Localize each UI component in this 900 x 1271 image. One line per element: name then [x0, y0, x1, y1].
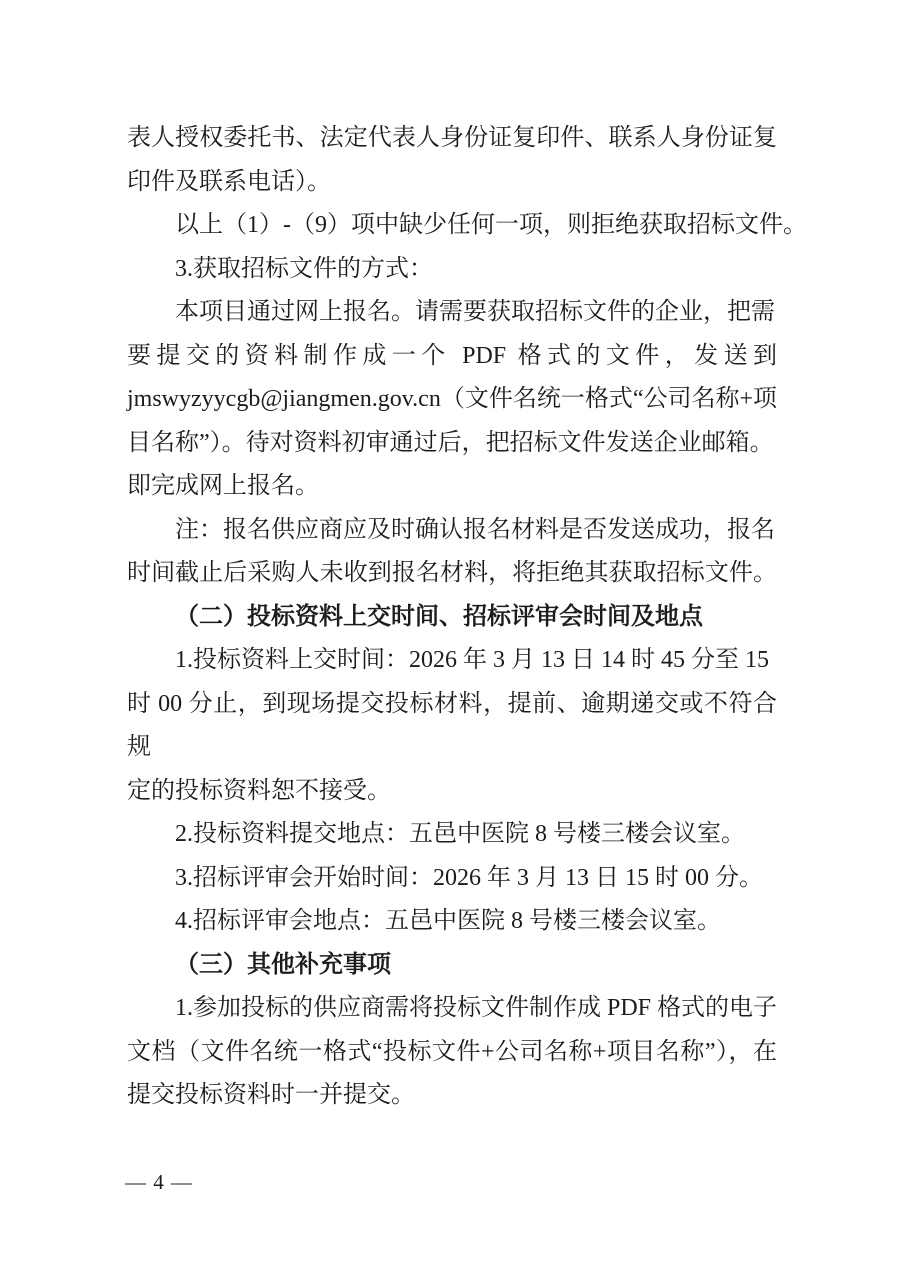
- doc-line: 文档（文件名统一格式“投标文件+公司名称+项目名称”），在: [127, 1031, 777, 1075]
- doc-line-item-4: 4.招标评审会地点：五邑中医院 8 号楼三楼会议室。: [127, 900, 777, 944]
- doc-line: 以上（1）-（9）项中缺少任何一项，则拒绝获取招标文件。: [127, 204, 777, 248]
- note-line: 注：报名供应商应及时确认报名材料是否发送成功，报名: [127, 509, 777, 553]
- doc-line-item-3: 3.获取招标文件的方式：: [127, 248, 777, 292]
- doc-line: 时 00 分止，到现场提交投标材料，提前、逾期递交或不符合规: [127, 683, 777, 770]
- doc-line: 提交投标资料时一并提交。: [127, 1074, 777, 1118]
- doc-line: 要提交的资料制作成一个 PDF 格式的文件，发送到: [127, 335, 777, 379]
- doc-line-item-1: 1.投标资料上交时间：2026 年 3 月 13 日 14 时 45 分至 15: [127, 639, 777, 683]
- section-heading-3: （三）其他补充事项: [127, 944, 777, 988]
- doc-line-item-2: 2.投标资料提交地点：五邑中医院 8 号楼三楼会议室。: [127, 813, 777, 857]
- doc-line-item-1b: 1.参加投标的供应商需将投标文件制作成 PDF 格式的电子: [127, 987, 777, 1031]
- document-body: 表人授权委托书、法定代表人身份证复印件、联系人身份证复 印件及联系电话）。 以上…: [127, 117, 777, 1118]
- doc-line: 定的投标资料恕不接受。: [127, 770, 777, 814]
- doc-line: 表人授权委托书、法定代表人身份证复印件、联系人身份证复: [127, 117, 777, 161]
- document-page: 表人授权委托书、法定代表人身份证复印件、联系人身份证复 印件及联系电话）。 以上…: [0, 0, 900, 1271]
- doc-line: 印件及联系电话）。: [127, 161, 777, 205]
- note-line: 时间截止后采购人未收到报名材料，将拒绝其获取招标文件。: [127, 552, 777, 596]
- email-line: jmswyzyycgb@jiangmen.gov.cn（文件名统一格式“公司名称…: [127, 378, 777, 422]
- page-number: — 4 —: [125, 1168, 193, 1196]
- doc-line: 目名称”）。待对资料初审通过后，把招标文件发送企业邮箱。: [127, 422, 777, 466]
- doc-line-item-3b: 3.招标评审会开始时间：2026 年 3 月 13 日 15 时 00 分。: [127, 857, 777, 901]
- doc-line: 即完成网上报名。: [127, 465, 777, 509]
- section-heading-2: （二）投标资料上交时间、招标评审会时间及地点: [127, 596, 777, 640]
- doc-line: 本项目通过网上报名。请需要获取招标文件的企业，把需: [127, 291, 777, 335]
